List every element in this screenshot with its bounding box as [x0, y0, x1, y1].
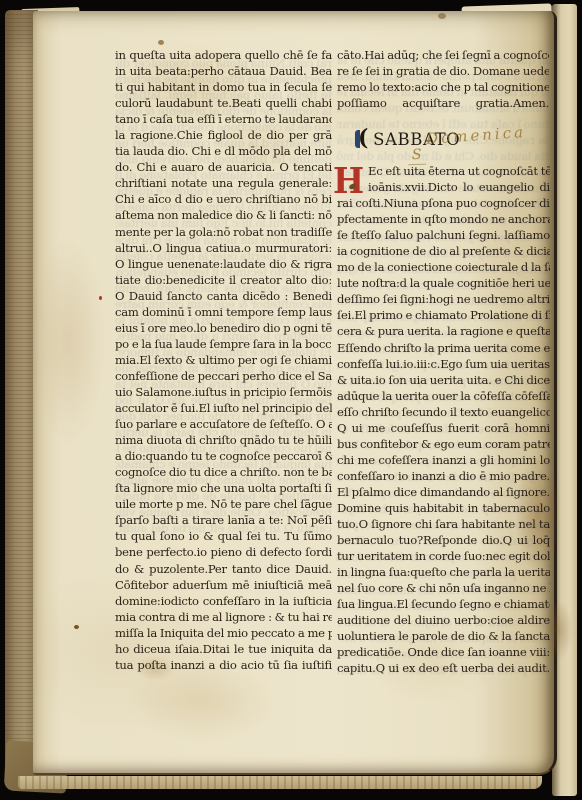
text-line: chi me cofeſſera inanzi a gli homini lo [337, 452, 550, 468]
text-line: la ragione.Chie figlool de dio per grā [115, 127, 332, 143]
brown-speck [158, 40, 164, 45]
text-line: Chi e aīco d dio e uero chriſtiano nō bi [115, 191, 332, 207]
text-line: ſei.El primo e chiamato Prolatione di ſi [337, 307, 550, 323]
text-line: nima diuota di chriſto qnādo tu te hūili [115, 432, 332, 448]
text-line: Domine quis habitabit in tabernaculo [337, 500, 550, 516]
text-line: domine:iodicto confeſſaro in la iuſticia [115, 593, 332, 609]
right-text-column-body: Ec eſt uita ēterna ut cognoſcāt tē:ioāni… [337, 163, 550, 677]
brown-speck [438, 13, 446, 19]
text-line: altrui..O lingua catiua.o murmuratori: [115, 240, 332, 256]
text-line: cāto.Hai adūq; che ſei ſegnī a cognoſce [337, 47, 549, 63]
text-line: ſe ſteſſo ſaluo palchuni ſegni. laſſiamo [337, 227, 550, 243]
text-line: mia contra di me al lignore : & tu hai r… [115, 609, 332, 625]
text-line: cera & pura uerita. la ragione e queſta: [337, 323, 550, 339]
text-line: O lingue uenenate:laudate dio & rigra [115, 256, 332, 272]
text-line: predicatiōe. Onde dice ſan ioanne viii: [337, 644, 550, 660]
text-line: eius ī ore meo.lo benediro dio p ogni tē [115, 320, 332, 336]
text-line: uoluntiera le parole de dio & la ſancta [337, 628, 550, 644]
red-speck [99, 296, 102, 300]
text-line: pfectamente in qſto mondo ne anchora [337, 211, 550, 227]
text-line: eſſo chriſto ſecundo il texto euangelico… [337, 404, 550, 420]
text-line: cam dominū ī omni tempore ſemp laus [115, 304, 332, 320]
text-line: a dio:quando tu te cognoſce peccaroī & [115, 448, 332, 464]
text-line: ſua lingua.El ſecundo ſegno e chiamato [337, 596, 550, 612]
text-line: ſuo parlare e accuſatore de ſeſteſſo. O … [115, 416, 332, 432]
text-line: po e la ſua laude ſempre ſara in la bocc… [115, 336, 332, 352]
text-line: confeſſa lui.io.iii:c.Ego ſum uia uerita… [337, 356, 550, 372]
text-line: re ſe ſei in gratia de dio. Domane uede [337, 63, 549, 79]
text-line: confeſſione de peccari perho dice el Sa [115, 368, 332, 384]
text-line: ia cognitione de dio al preſente & dicia [337, 243, 550, 259]
brown-speck [74, 625, 79, 629]
text-line: & uita.io ſon uia uerita uita. e Chi dic… [337, 372, 550, 388]
text-line: Cōfitebor aduerſum mē iniuſticiā meā [115, 577, 332, 593]
right-text-column-intro: cāto.Hai adūq; che ſei ſegnī a cognoſcer… [337, 47, 549, 111]
text-line: deſſimo ſei ſigni:hogi ne uedremo altri [337, 291, 550, 307]
text-line: chriſtiani notate una regula generale: [115, 175, 332, 191]
text-line: tiate dio:benedicite il creator alto dio… [115, 272, 332, 288]
text-line: cognoſce dio tu dice a chriſto. non te b… [115, 464, 332, 480]
text-line: poſſiamo acquiſtare gratia.Amen. [337, 95, 549, 111]
text-line: tano ī caſa tua eſſi ī eterno te laudara… [115, 111, 332, 127]
text-line: aſtema non maledice dio & li ſancti: nō [115, 207, 332, 223]
text-line: tu qual ſono io & qual ſei tu. Tu ſūmo [115, 528, 332, 544]
pilcrow-paren: ( [358, 125, 368, 151]
book-scan: rai coſti.Niuna pſona puo cognoſcer diop… [0, 0, 582, 800]
text-line: in queſta uita adopera quello chē ſe fa [115, 47, 332, 63]
text-line: ioānis.xvii.Dicto lo euangelio di [368, 179, 550, 195]
text-line: remo lo texto:acio che p tal cognitione [337, 79, 549, 95]
text-line: ſparſo baſti a tirare lanīa a te: Noī pē… [115, 512, 332, 528]
text-line: uile morte p me. Nō te pare chel ſāgue [115, 496, 332, 512]
text-line: auditione del diuino uerbo:cioe aldire [337, 612, 550, 628]
pilcrow-mark-icon: ( [355, 129, 367, 149]
text-line: tur ueritatem in corde ſuo:nec egit dolū [337, 548, 550, 564]
text-line: ti qui habitant in domo tua in ſecula ſe [115, 79, 332, 95]
text-line: do. Chi e auaro de auaricia. O tencati [115, 159, 332, 175]
text-line: culorū laudabunt te.Beati quelli chabi [115, 95, 332, 111]
text-line: tuo.O ſignore chi ſara habitante nel ta [337, 516, 550, 532]
text-line: capitu.Q ui ex deo eſt uerba dei audit. [337, 660, 550, 676]
text-line: in uita beata:perho cātaua Dauid. Bea [115, 63, 332, 79]
text-line: rai coſti.Niuna pſona puo cognoſcer dio [337, 195, 550, 211]
text-line: ho diceua iſaia.Ditai le tue iniquita da [115, 641, 332, 657]
text-line: confeſſaro io inanzi a dio ē mio padre. [337, 468, 550, 484]
page-block-bottom-edge [18, 776, 542, 789]
text-line: bernaculo tuo?Reſponde dio.Q ui loq̄ [337, 532, 550, 548]
text-line: tia lauda dio. Chi e dl mōdo pla del mō [115, 143, 332, 159]
text-line: bene perfecto.io pieno di defecto ſordi [115, 544, 332, 560]
text-line: miſſa la Iniquita del mio peccato a me p [115, 625, 332, 641]
text-line: lute noſtra:d la quale cognitiōe heri ue [337, 275, 550, 291]
text-line: mente per la gola:nō robat non tradiſſe [115, 224, 332, 240]
text-line: Eſſendo chriſto la prima uerita come el [337, 340, 550, 356]
text-line: O Dauid ſancto canta dicēdo : Benedi [115, 288, 332, 304]
text-line: ſta lignore mio che una uolta portaſti ſ… [115, 480, 332, 496]
text-line: do & puzolente.Per tanto dice Dauid. [115, 561, 332, 577]
left-text-column: in queſta uita adopera quello chē ſe fai… [115, 47, 332, 673]
text-line: acculator ē ſui.El iuſto nel principio d… [115, 400, 332, 416]
text-line: Ec eſt uita ēterna ut cognoſcāt tē: [368, 163, 550, 179]
text-line: bus confitebor & ego eum coram patre [337, 436, 550, 452]
text-line: Q ui me couſeſſus fuerit corā homni [337, 420, 550, 436]
text-line: mia.El ſexto & ultimo per ogi ſe chiami [115, 352, 332, 368]
text-line: nel ſuo core & chi nōn uſa inganno ne la [337, 580, 550, 596]
text-line: mo de la coniectione coiecturale d la ſa [337, 259, 550, 275]
text-line: adūque la uerita ouer la cōfeſſa cōfeſſa [337, 388, 550, 404]
text-line: uio Salamone.iuſtus in pricipio ſermōis [115, 384, 332, 400]
text-line: in lingna ſua:queſto che parla la uerita [337, 564, 550, 580]
text-line: El pſalmo dice dimandando al ſignore. [337, 484, 550, 500]
text-line: tua poſta inanzi a dio acio tū ſia iuſti… [115, 657, 332, 673]
